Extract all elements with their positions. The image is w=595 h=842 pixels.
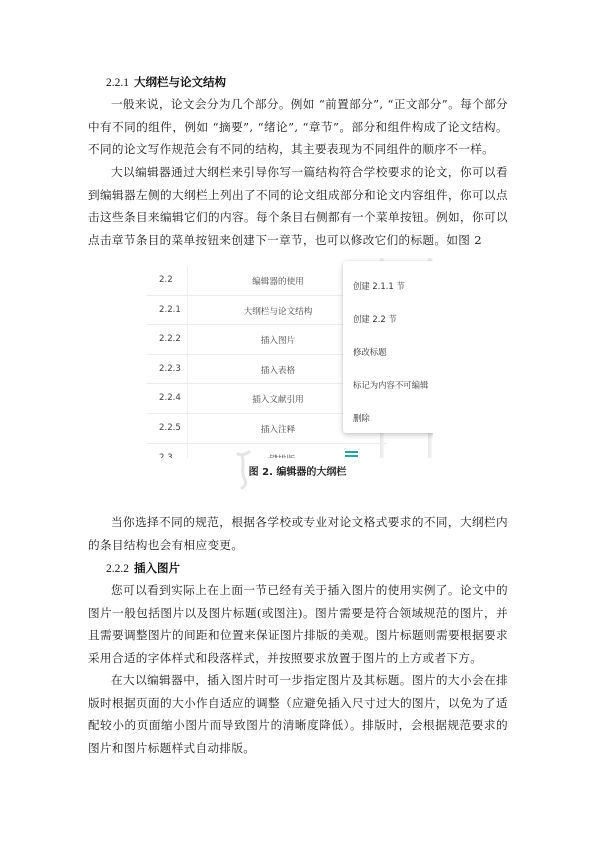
column-divider [187, 296, 188, 325]
column-divider [187, 355, 188, 384]
paragraph: 在大以编辑器中，插入图片时可一步指定图片及其标题。图片的大小会在排版时根据页面的… [88, 669, 508, 759]
list-menu-icon[interactable] [345, 451, 358, 458]
column-divider [187, 414, 188, 443]
section-number: 2.2.1 [106, 77, 129, 89]
outline-item-title: 插入注释 [197, 423, 359, 435]
outline-item-number: 2.2.3 [159, 364, 181, 374]
outline-item-title: 插入图片 [197, 334, 359, 346]
paragraph: 您可以看到实际上在上面一节已经有关于插入图片的使用实例了。论文中的图片一般包括图… [88, 579, 508, 669]
context-menu: 创建 2.1.1 节 创建 2.2 节 修改标题 标记为内容不可编辑 删除 [343, 261, 433, 433]
column-divider [187, 444, 188, 458]
column-divider [187, 325, 188, 354]
section-title: 大纲栏与论文结构 [134, 75, 226, 89]
outline-item-title: 一键排版 [197, 453, 359, 458]
outline-item-title: 插入文献引用 [197, 393, 359, 405]
menu-item-create-2-1-1[interactable]: 创建 2.1.1 节 [343, 271, 433, 302]
outline-item-title: 大纲栏与论文结构 [197, 305, 359, 317]
menu-item-mark-readonly[interactable]: 标记为内容不可编辑 [343, 370, 433, 401]
figure-outline-screenshot: 2.2 编辑器的使用 2.2.1 大纲栏与论文结构 2.2.2 插入图片 2.2… [147, 258, 433, 458]
paragraph: 当你选择不同的规范，根据各学校或专业对论文格式要求的不同，大纲栏内的条目结构也会… [88, 511, 508, 556]
paragraph: 大以编辑器通过大纲栏来引导你写一篇结构符合学校要求的论文，你可以看到编辑器左侧的… [88, 161, 508, 251]
menu-item-delete[interactable]: 删除 [343, 403, 433, 434]
outline-item[interactable]: 2.3 一键排版 [147, 444, 387, 458]
outline-item-number: 2.2 [159, 275, 173, 285]
figure-caption: 图 2. 编辑器的大纲栏 [0, 463, 595, 478]
outline-item-number: 2.2.2 [159, 334, 181, 344]
column-divider [187, 384, 188, 413]
column-divider [187, 266, 188, 295]
outline-item-title: 插入表格 [197, 364, 359, 376]
outline-item-number: 2.2.1 [159, 305, 181, 315]
paragraph: 一般来说，论文会分为几个部分。例如 “前置部分”, “正文部分”。每个部分中有不… [88, 93, 508, 161]
outline-item-number: 2.2.5 [159, 423, 181, 433]
section-heading-2-2-2: 2.2.2插入图片 [106, 560, 180, 576]
outline-item-number: 2.3 [159, 453, 173, 458]
menu-item-rename[interactable]: 修改标题 [343, 337, 433, 368]
outline-item-title: 编辑器的使用 [197, 275, 359, 287]
menu-item-create-2-2[interactable]: 创建 2.2 节 [343, 304, 433, 335]
section-number: 2.2.2 [106, 563, 129, 575]
section-heading-2-2-1: 2.2.1大纲栏与论文结构 [106, 74, 226, 90]
outline-item-number: 2.2.4 [159, 393, 181, 403]
document-page: 2.2.1大纲栏与论文结构 一般来说，论文会分为几个部分。例如 “前置部分”, … [0, 0, 595, 842]
section-title: 插入图片 [134, 561, 180, 575]
